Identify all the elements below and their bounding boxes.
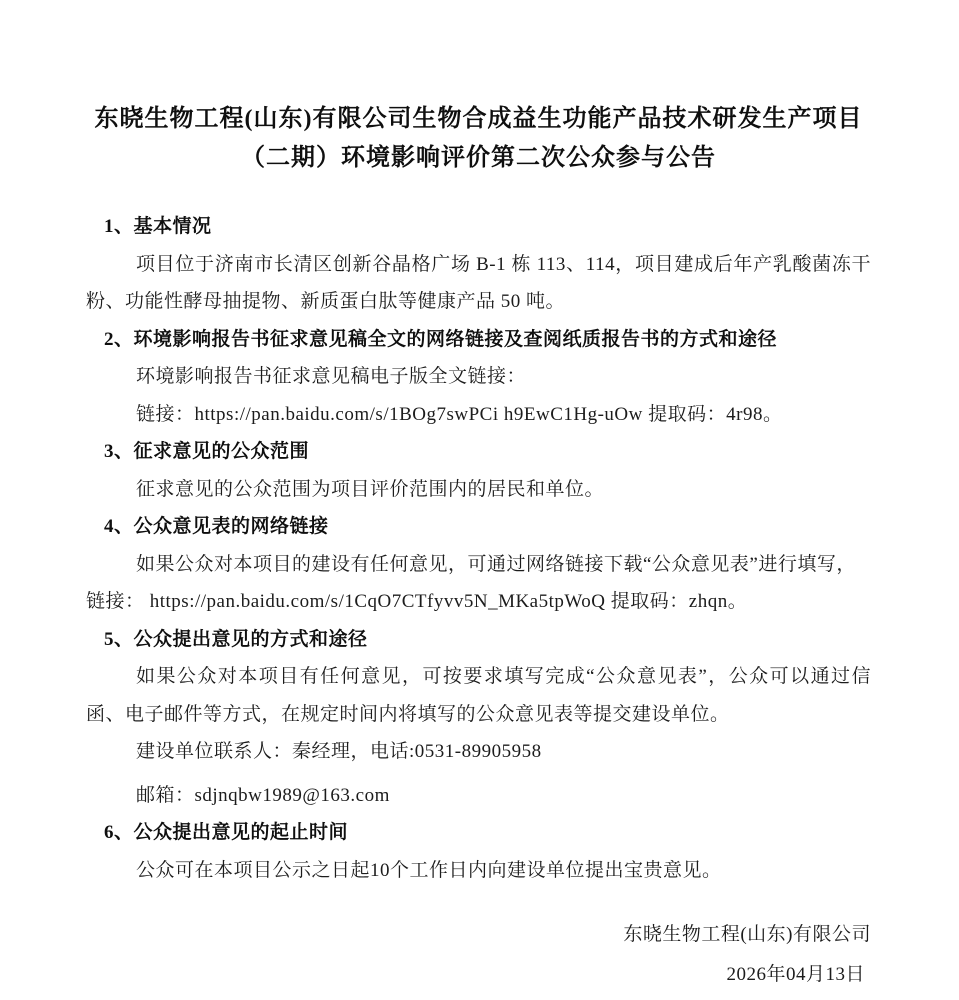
- signature-company: 东晓生物工程(山东)有限公司: [86, 915, 871, 955]
- contact-line: 建设单位联系人：秦经理，电话:0531-89905958: [86, 733, 871, 771]
- section-3-paragraph: 征求意见的公众范围为项目评价范围内的居民和单位。: [86, 471, 871, 509]
- section-public-scope: 3、征求意见的公众范围 征求意见的公众范围为项目评价范围内的居民和单位。: [86, 433, 871, 508]
- document-page: 东晓生物工程(山东)有限公司生物合成益生功能产品技术研发生产项目 （二期）环境影…: [0, 0, 959, 1000]
- signature-block: 东晓生物工程(山东)有限公司 2026年04月13日: [86, 915, 871, 995]
- section-3-heading: 3、征求意见的公众范围: [86, 433, 871, 471]
- section-1-paragraph: 项目位于济南市长清区创新谷晶格广场 B-1 栋 113、114，项目建成后年产乳…: [86, 246, 871, 321]
- section-5-heading: 5、公众提出意见的方式和途径: [86, 621, 871, 659]
- section-2-heading: 2、环境影响报告书征求意见稿全文的网络链接及查阅纸质报告书的方式和途径: [86, 321, 871, 359]
- email-line: 邮箱：sdjnqbw1989@163.com: [86, 777, 871, 815]
- section-1-heading: 1、基本情况: [86, 208, 871, 246]
- section-6-paragraph: 公众可在本项目公示之日起10个工作日内向建设单位提出宝贵意见。: [86, 852, 871, 890]
- section-6-heading: 6、公众提出意见的起止时间: [86, 814, 871, 852]
- section-opinion-form-link: 4、公众意见表的网络链接 如果公众对本项目的建设有任何意见，可通过网络链接下载“…: [86, 508, 871, 621]
- document-title: 东晓生物工程(山东)有限公司生物合成益生功能产品技术研发生产项目 （二期）环境影…: [86, 100, 871, 178]
- section-basic-info: 1、基本情况 项目位于济南市长清区创新谷晶格广场 B-1 栋 113、114，项…: [86, 208, 871, 321]
- document-body: 1、基本情况 项目位于济南市长清区创新谷晶格广场 B-1 栋 113、114，项…: [86, 208, 871, 889]
- title-line-2: （二期）环境影响评价第二次公众参与公告: [86, 139, 871, 178]
- form-link-line: 链接： https://pan.baidu.com/s/1CqO7CTfyvv5…: [86, 583, 871, 621]
- section-4-paragraph: 如果公众对本项目的建设有任何意见，可通过网络链接下载“公众意见表”进行填写，: [86, 546, 871, 584]
- title-line-1: 东晓生物工程(山东)有限公司生物合成益生功能产品技术研发生产项目: [86, 100, 871, 139]
- section-2-paragraph: 环境影响报告书征求意见稿电子版全文链接：: [86, 358, 871, 396]
- signature-date: 2026年04月13日: [86, 955, 871, 995]
- section-feedback-period: 6、公众提出意见的起止时间 公众可在本项目公示之日起10个工作日内向建设单位提出…: [86, 814, 871, 889]
- section-5-paragraph: 如果公众对本项目有任何意见，可按要求填写完成“公众意见表”，公众可以通过信函、电…: [86, 658, 871, 733]
- section-report-link: 2、环境影响报告书征求意见稿全文的网络链接及查阅纸质报告书的方式和途径 环境影响…: [86, 321, 871, 434]
- section-4-heading: 4、公众意见表的网络链接: [86, 508, 871, 546]
- section-feedback-method: 5、公众提出意见的方式和途径 如果公众对本项目有任何意见，可按要求填写完成“公众…: [86, 621, 871, 815]
- report-link-line: 链接：https://pan.baidu.com/s/1BOg7swPCi h9…: [86, 396, 871, 434]
